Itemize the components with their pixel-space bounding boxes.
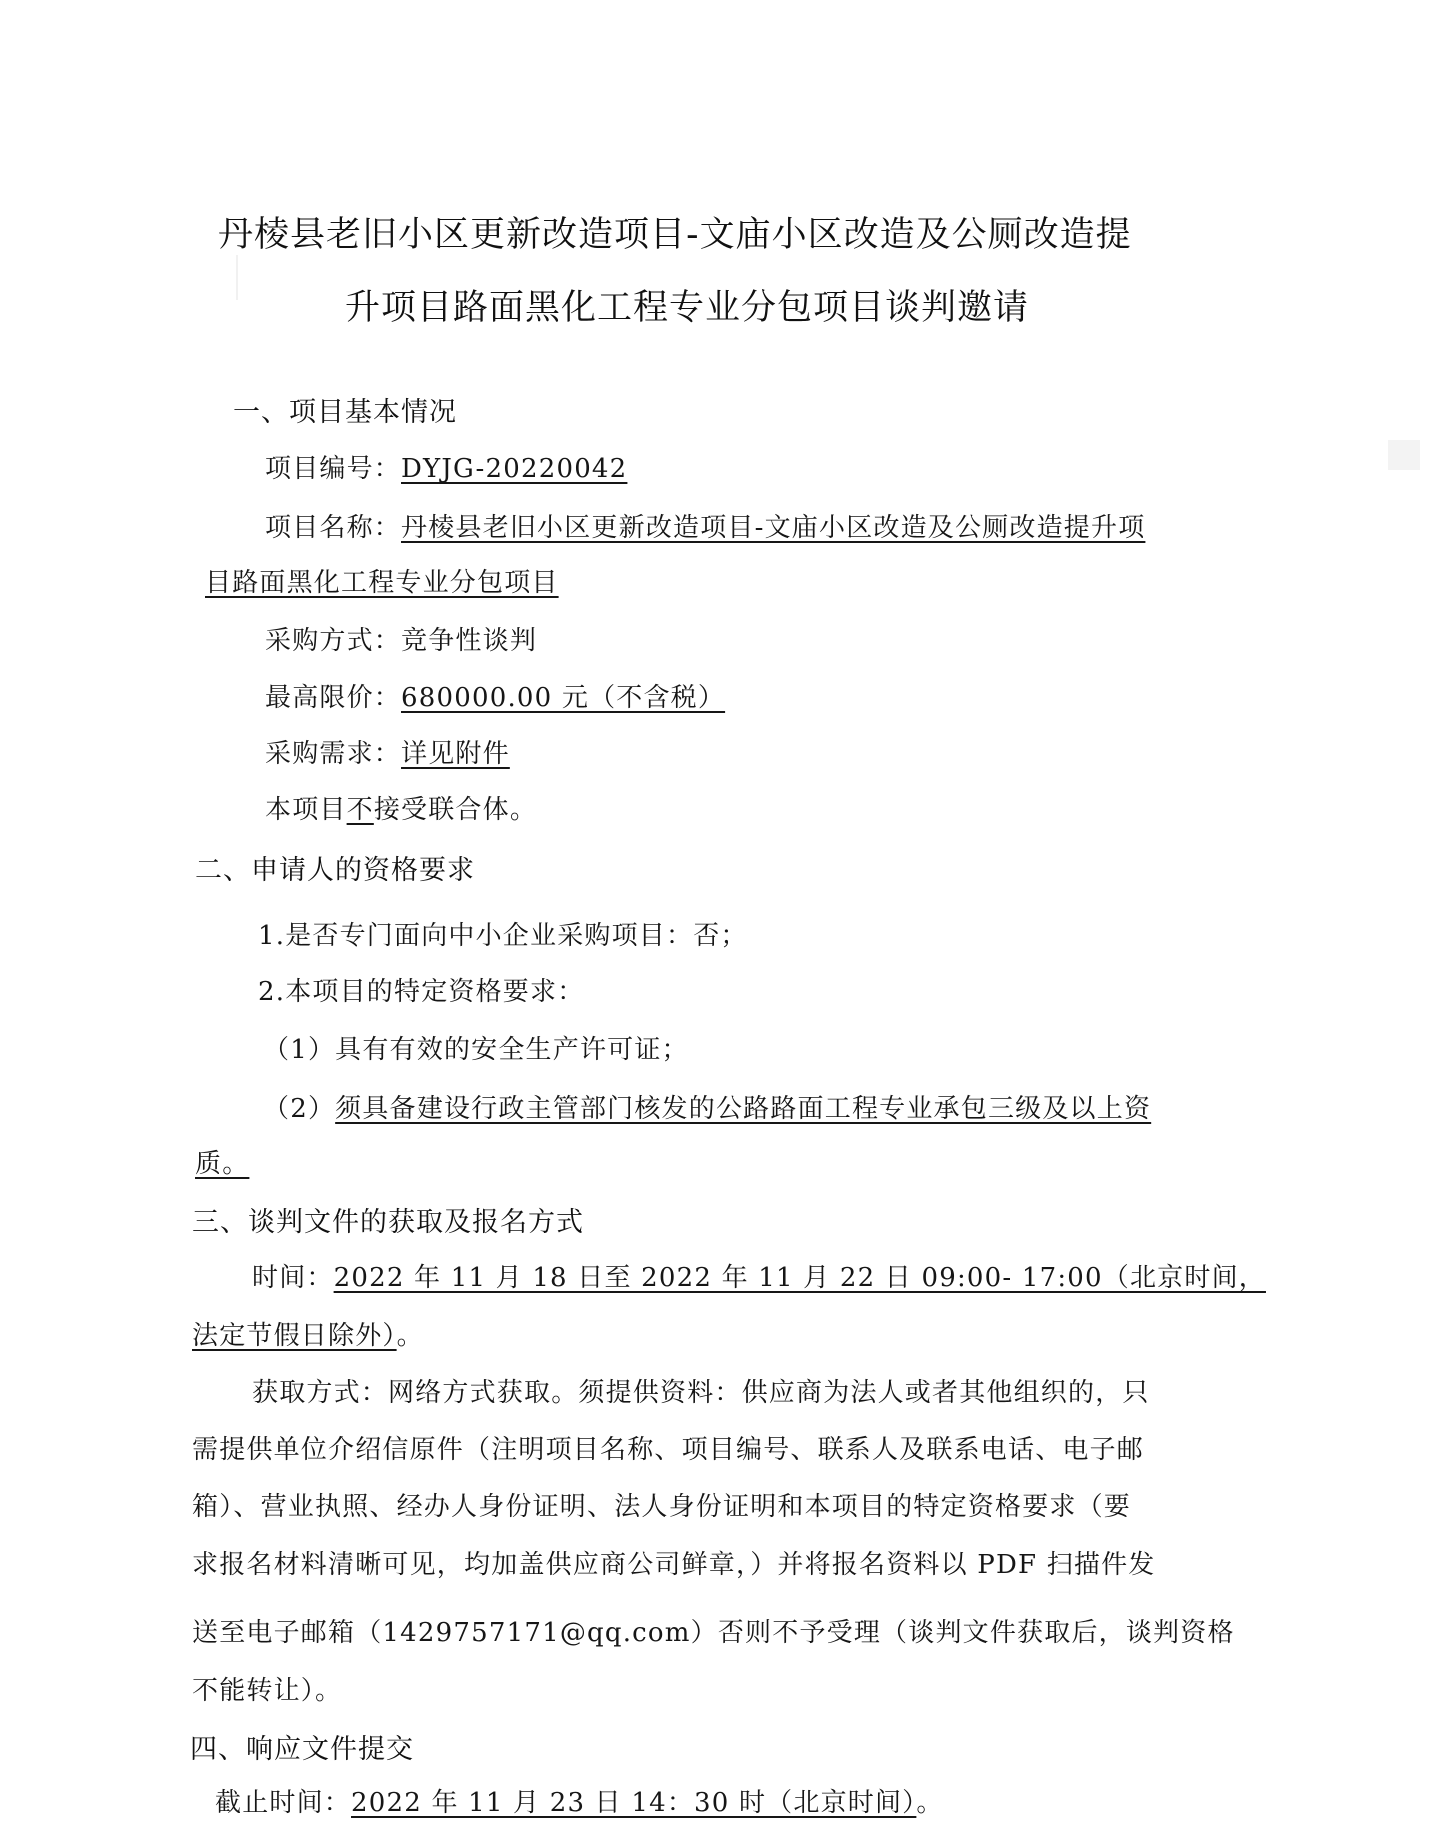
acquisition-time-value: 2022 年 11 月 18 日至 2022 年 11 月 22 日 09:00… xyxy=(334,1263,1266,1293)
project-name-value: 丹棱县老旧小区更新改造项目-文庙小区改造及公厕改造提升项 xyxy=(401,513,1145,543)
deadline-end: 。 xyxy=(916,1788,943,1818)
qualification-sub-2: （2）须具备建设行政主管部门核发的公路路面工程专业承包三级及以上资 xyxy=(263,1088,1151,1125)
acquisition-method-line-5: 送至电子邮箱（1429757171@qq.com）否则不予受理（谈判文件获取后，… xyxy=(192,1612,1235,1649)
acquisition-method-line-1: 获取方式：网络方式获取。须提供资料：供应商为法人或者其他组织的，只 xyxy=(252,1372,1150,1409)
section-4-heading: 四、响应文件提交 xyxy=(190,1727,414,1766)
qualification-sub-1: （1）具有有效的安全生产许可证； xyxy=(263,1029,689,1066)
project-number-row: 项目编号：DYJG-20220042 xyxy=(265,448,627,485)
consortium-not: 不 xyxy=(347,795,374,825)
acquisition-time-label: 时间： xyxy=(252,1263,334,1293)
deadline-value: 2022 年 11 月 23 日 14：30 时（北京时间） xyxy=(351,1788,916,1818)
deadline-label: 截止时间： xyxy=(215,1788,351,1818)
project-name-row-cont: 目路面黑化工程专业分包项目 xyxy=(205,562,559,599)
document-page: 丹棱县老旧小区更新改造项目-文庙小区改造及公厕改造提 升项目路面黑化工程专业分包… xyxy=(0,0,1439,1826)
consortium-row: 本项目不接受联合体。 xyxy=(265,789,537,826)
acquisition-method-line-4: 求报名材料清晰可见，均加盖供应商公司鲜章，）并将报名资料以 PDF 扫描件发 xyxy=(192,1544,1156,1581)
procurement-method-row: 采购方式：竞争性谈判 xyxy=(265,620,537,657)
scan-artifact xyxy=(1388,440,1420,470)
consortium-text-pre: 本项目 xyxy=(265,795,347,825)
acquisition-time-row-cont: 法定节假日除外）。 xyxy=(192,1315,424,1352)
acquisition-time-row: 时间：2022 年 11 月 18 日至 2022 年 11 月 22 日 09… xyxy=(252,1257,1266,1294)
procurement-demand-value: 详见附件 xyxy=(401,739,510,769)
project-number-label: 项目编号： xyxy=(265,454,401,484)
document-title-line-2: 升项目路面黑化工程专业分包项目谈判邀请 xyxy=(345,280,1029,330)
max-price-row: 最高限价：680000.00 元（不含税） xyxy=(265,677,725,714)
section-2-heading: 二、申请人的资格要求 xyxy=(195,848,475,887)
section-3-heading: 三、谈判文件的获取及报名方式 xyxy=(192,1200,584,1239)
qualification-sub-2-text-cont: 质。 xyxy=(195,1149,249,1179)
procurement-demand-row: 采购需求：详见附件 xyxy=(265,733,510,770)
document-title-line-1: 丹棱县老旧小区更新改造项目-文庙小区改造及公厕改造提 xyxy=(218,207,1132,257)
procurement-demand-label: 采购需求： xyxy=(265,739,401,769)
max-price-value: 680000.00 元（不含税） xyxy=(401,683,725,713)
procurement-method-value: 竞争性谈判 xyxy=(401,626,537,656)
max-price-label: 最高限价： xyxy=(265,683,401,713)
acquisition-method-line-6: 不能转让）。 xyxy=(192,1670,342,1707)
project-number-value: DYJG-20220042 xyxy=(401,454,627,484)
procurement-method-label: 采购方式： xyxy=(265,626,401,656)
consortium-text-post: 接受联合体。 xyxy=(374,795,537,825)
acquisition-time-value-cont: 法定节假日除外） xyxy=(192,1321,397,1351)
project-name-label: 项目名称： xyxy=(265,513,401,543)
section-1-heading: 一、项目基本情况 xyxy=(233,390,457,429)
scan-artifact xyxy=(236,255,238,300)
acquisition-time-end: 。 xyxy=(397,1321,424,1351)
project-name-value-cont: 目路面黑化工程专业分包项目 xyxy=(205,568,559,598)
qualification-sub-2-text: 须具备建设行政主管部门核发的公路路面工程专业承包三级及以上资 xyxy=(335,1094,1151,1124)
qualification-item-2: 2.本项目的特定资格要求： xyxy=(258,971,584,1008)
qualification-sub-2-cont: 质。 xyxy=(195,1143,249,1180)
project-name-row: 项目名称：丹棱县老旧小区更新改造项目-文庙小区改造及公厕改造提升项 xyxy=(265,507,1145,544)
acquisition-method-line-3: 箱）、营业执照、经办人身份证明、法人身份证明和本项目的特定资格要求（要 xyxy=(192,1486,1131,1523)
deadline-row: 截止时间：2022 年 11 月 23 日 14：30 时（北京时间）。 xyxy=(215,1782,944,1819)
qualification-sub-2-prefix: （2） xyxy=(263,1094,335,1124)
qualification-item-1: 1.是否专门面向中小企业采购项目：否； xyxy=(258,915,748,952)
acquisition-method-line-2: 需提供单位介绍信原件（注明项目名称、项目编号、联系人及联系电话、电子邮 xyxy=(192,1429,1144,1466)
